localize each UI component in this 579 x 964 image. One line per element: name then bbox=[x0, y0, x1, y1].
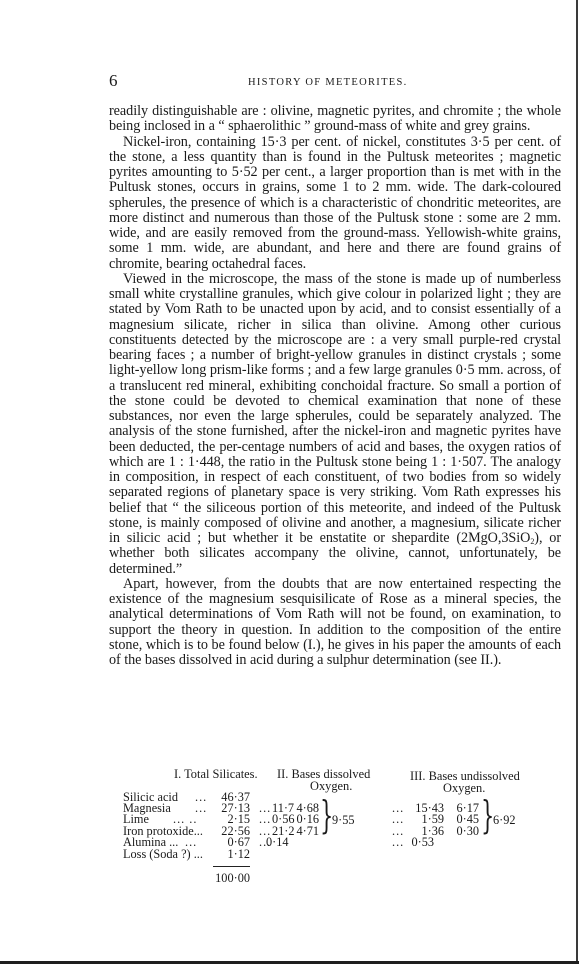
dissolved-oxygen-sum: 9·55 bbox=[332, 813, 355, 828]
paragraph-3: Viewed in the microscope, the mass of th… bbox=[109, 272, 561, 577]
row-undissolved-oxygen: 0·30 bbox=[452, 824, 479, 839]
paragraph-2: Nickel-iron, containing 15·3 per cent. o… bbox=[109, 135, 561, 272]
row-total-value: 1·12 bbox=[210, 847, 250, 862]
row-undissolved-value: 0·53 bbox=[400, 835, 434, 850]
paragraph-4: Apart, however, from the doubts that are… bbox=[109, 577, 561, 669]
paragraph-1: readily distinguishable are : olivine, m… bbox=[109, 104, 561, 135]
total-rule bbox=[213, 866, 250, 867]
paragraph-3-text: Viewed in the microscope, the mass of th… bbox=[109, 271, 561, 546]
running-head: HISTORY OF METEORITES. bbox=[248, 77, 408, 88]
undissolved-oxygen-sum: 6·92 bbox=[493, 813, 516, 828]
header-undissolved-oxygen: Oxygen. bbox=[443, 781, 485, 796]
row-dissolved-oxygen: 4·71 bbox=[296, 824, 319, 839]
header-dissolved-oxygen: Oxygen. bbox=[310, 779, 352, 794]
body-text: readily distinguishable are : olivine, m… bbox=[109, 104, 561, 668]
header-total-silicates: I. Total Silicates. bbox=[174, 767, 258, 782]
row-dissolved-value: 0·14 bbox=[266, 835, 288, 850]
page-frame-right-edge bbox=[576, 0, 578, 964]
page-number: 6 bbox=[109, 71, 118, 91]
grand-total: 100·00 bbox=[205, 871, 250, 886]
row-label-loss-soda: Loss (Soda ?) ... bbox=[123, 847, 203, 862]
